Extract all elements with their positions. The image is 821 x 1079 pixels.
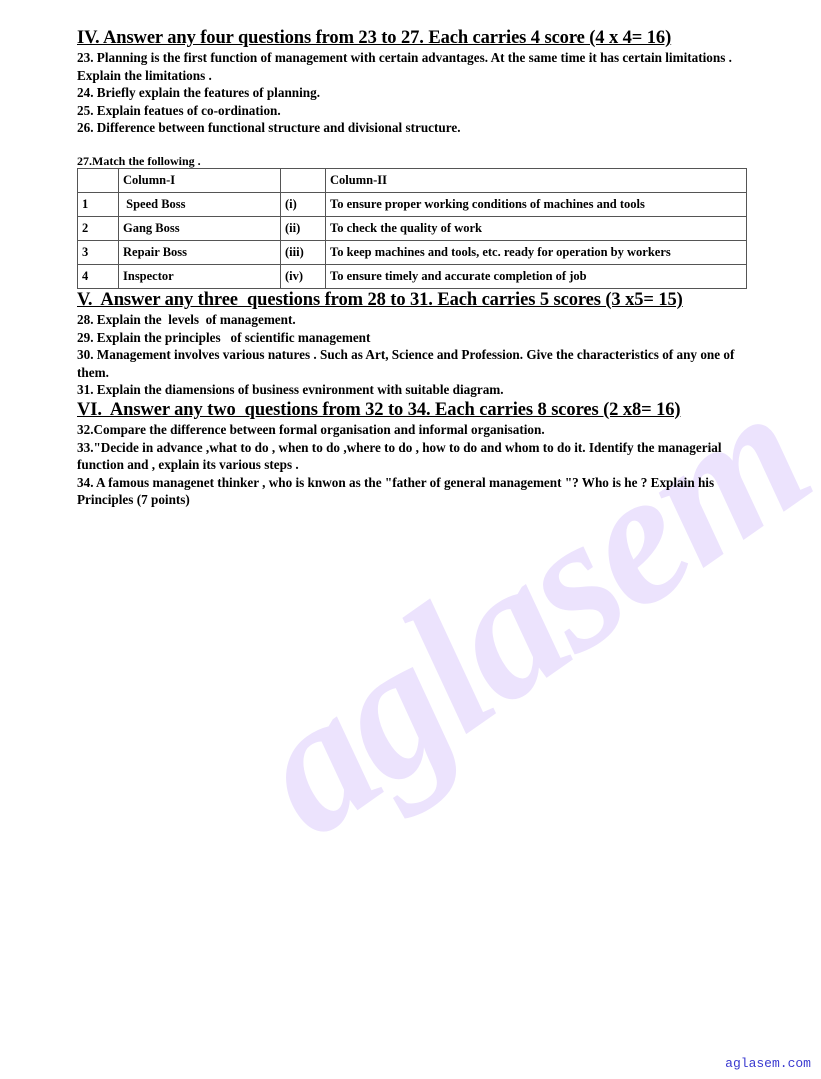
question-25: 25. Explain featues of co-ordination. bbox=[77, 102, 757, 120]
column-ii-cell: To ensure proper working conditions of m… bbox=[326, 192, 747, 216]
section-vi-heading: VI. Answer any two questions from 32 to … bbox=[77, 399, 757, 421]
roman-cell: (i) bbox=[281, 192, 326, 216]
roman-cell: (ii) bbox=[281, 216, 326, 240]
section-v-heading: V. Answer any three questions from 28 to… bbox=[77, 289, 757, 311]
column-i-cell: Repair Boss bbox=[119, 240, 281, 264]
question-26: 26. Difference between functional struct… bbox=[77, 119, 757, 137]
question-34: 34. A famous managenet thinker , who is … bbox=[77, 474, 757, 509]
match-table: Column-I Column-II 1 Speed Boss (i) To e… bbox=[77, 168, 747, 289]
header-cell-number bbox=[78, 168, 119, 192]
column-i-cell: Inspector bbox=[119, 264, 281, 288]
table-row: 1 Speed Boss (i) To ensure proper workin… bbox=[78, 192, 747, 216]
row-number: 2 bbox=[78, 216, 119, 240]
section-iv-heading: IV. Answer any four questions from 23 to… bbox=[77, 27, 757, 49]
column-i-cell: Gang Boss bbox=[119, 216, 281, 240]
question-24: 24. Briefly explain the features of plan… bbox=[77, 84, 757, 102]
footer-site-link[interactable]: aglasem.com bbox=[725, 1056, 811, 1071]
table-row: 4 Inspector (iv) To ensure timely and ac… bbox=[78, 264, 747, 288]
column-ii-cell: To ensure timely and accurate completion… bbox=[326, 264, 747, 288]
spacer bbox=[77, 137, 757, 153]
match-table-header: Column-I Column-II bbox=[78, 168, 747, 192]
header-cell-column-ii: Column-II bbox=[326, 168, 747, 192]
column-ii-cell: To keep machines and tools, etc. ready f… bbox=[326, 240, 747, 264]
question-31: 31. Explain the diamensions of business … bbox=[77, 381, 757, 399]
question-23: 23. Planning is the first function of ma… bbox=[77, 49, 757, 84]
column-ii-cell: To check the quality of work bbox=[326, 216, 747, 240]
row-number: 4 bbox=[78, 264, 119, 288]
header-cell-column-i: Column-I bbox=[119, 168, 281, 192]
roman-cell: (iv) bbox=[281, 264, 326, 288]
question-paper-page: IV. Answer any four questions from 23 to… bbox=[77, 27, 757, 509]
row-number: 3 bbox=[78, 240, 119, 264]
table-row: 2 Gang Boss (ii) To check the quality of… bbox=[78, 216, 747, 240]
question-32: 32.Compare the difference between formal… bbox=[77, 421, 757, 439]
header-cell-roman bbox=[281, 168, 326, 192]
question-30: 30. Management involves various natures … bbox=[77, 346, 757, 381]
row-number: 1 bbox=[78, 192, 119, 216]
question-33: 33."Decide in advance ,what to do , when… bbox=[77, 439, 757, 474]
question-29: 29. Explain the principles of scientific… bbox=[77, 329, 757, 347]
question-27-title: 27.Match the following . bbox=[77, 153, 757, 169]
question-28: 28. Explain the levels of management. bbox=[77, 311, 757, 329]
table-row: 3 Repair Boss (iii) To keep machines and… bbox=[78, 240, 747, 264]
roman-cell: (iii) bbox=[281, 240, 326, 264]
column-i-cell: Speed Boss bbox=[119, 192, 281, 216]
